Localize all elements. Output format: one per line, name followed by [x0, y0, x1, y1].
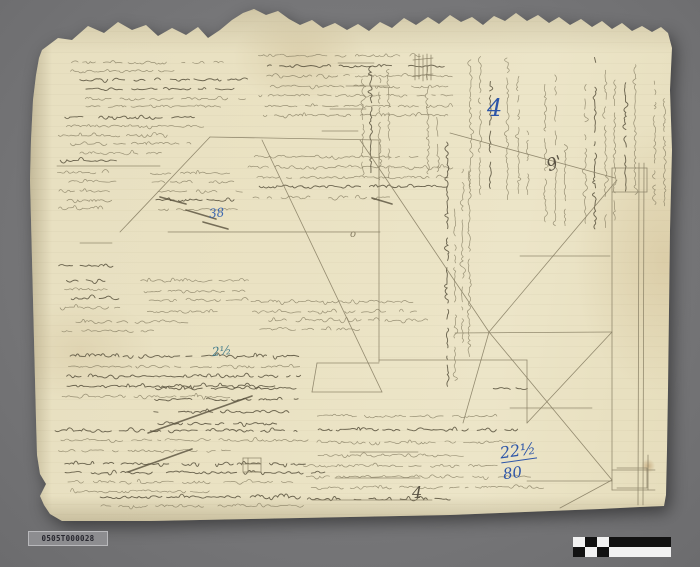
scan-background: 4382½22½809'4o 0505T000028: [0, 0, 700, 567]
calibration-square: [597, 537, 609, 547]
paper-shadow-wrap: [0, 0, 700, 567]
calibration-square: [573, 547, 585, 557]
archive-id-label: 0505T000028: [28, 531, 108, 546]
document-paper: [0, 0, 700, 567]
calibration-long-bar: [621, 537, 671, 547]
calibration-square: [585, 547, 597, 557]
calibration-square: [609, 537, 621, 547]
calibration-color-bar: [573, 537, 671, 557]
calibration-square: [609, 547, 621, 557]
handwritten-annotation: 38: [208, 206, 224, 220]
calibration-square: [597, 547, 609, 557]
calibration-bar-row: [573, 537, 671, 547]
calibration-square: [573, 537, 585, 547]
handwritten-annotation: 4: [412, 485, 422, 501]
calibration-long-bar: [621, 547, 671, 557]
handwritten-annotation: o: [350, 230, 356, 240]
calibration-square: [585, 537, 597, 547]
handwritten-annotation: 4: [487, 96, 502, 120]
handwritten-annotation: 80: [502, 465, 523, 483]
handwritten-annotation: 2½: [211, 344, 231, 358]
archive-id-text: 0505T000028: [42, 534, 95, 543]
calibration-bar-row: [573, 547, 671, 557]
